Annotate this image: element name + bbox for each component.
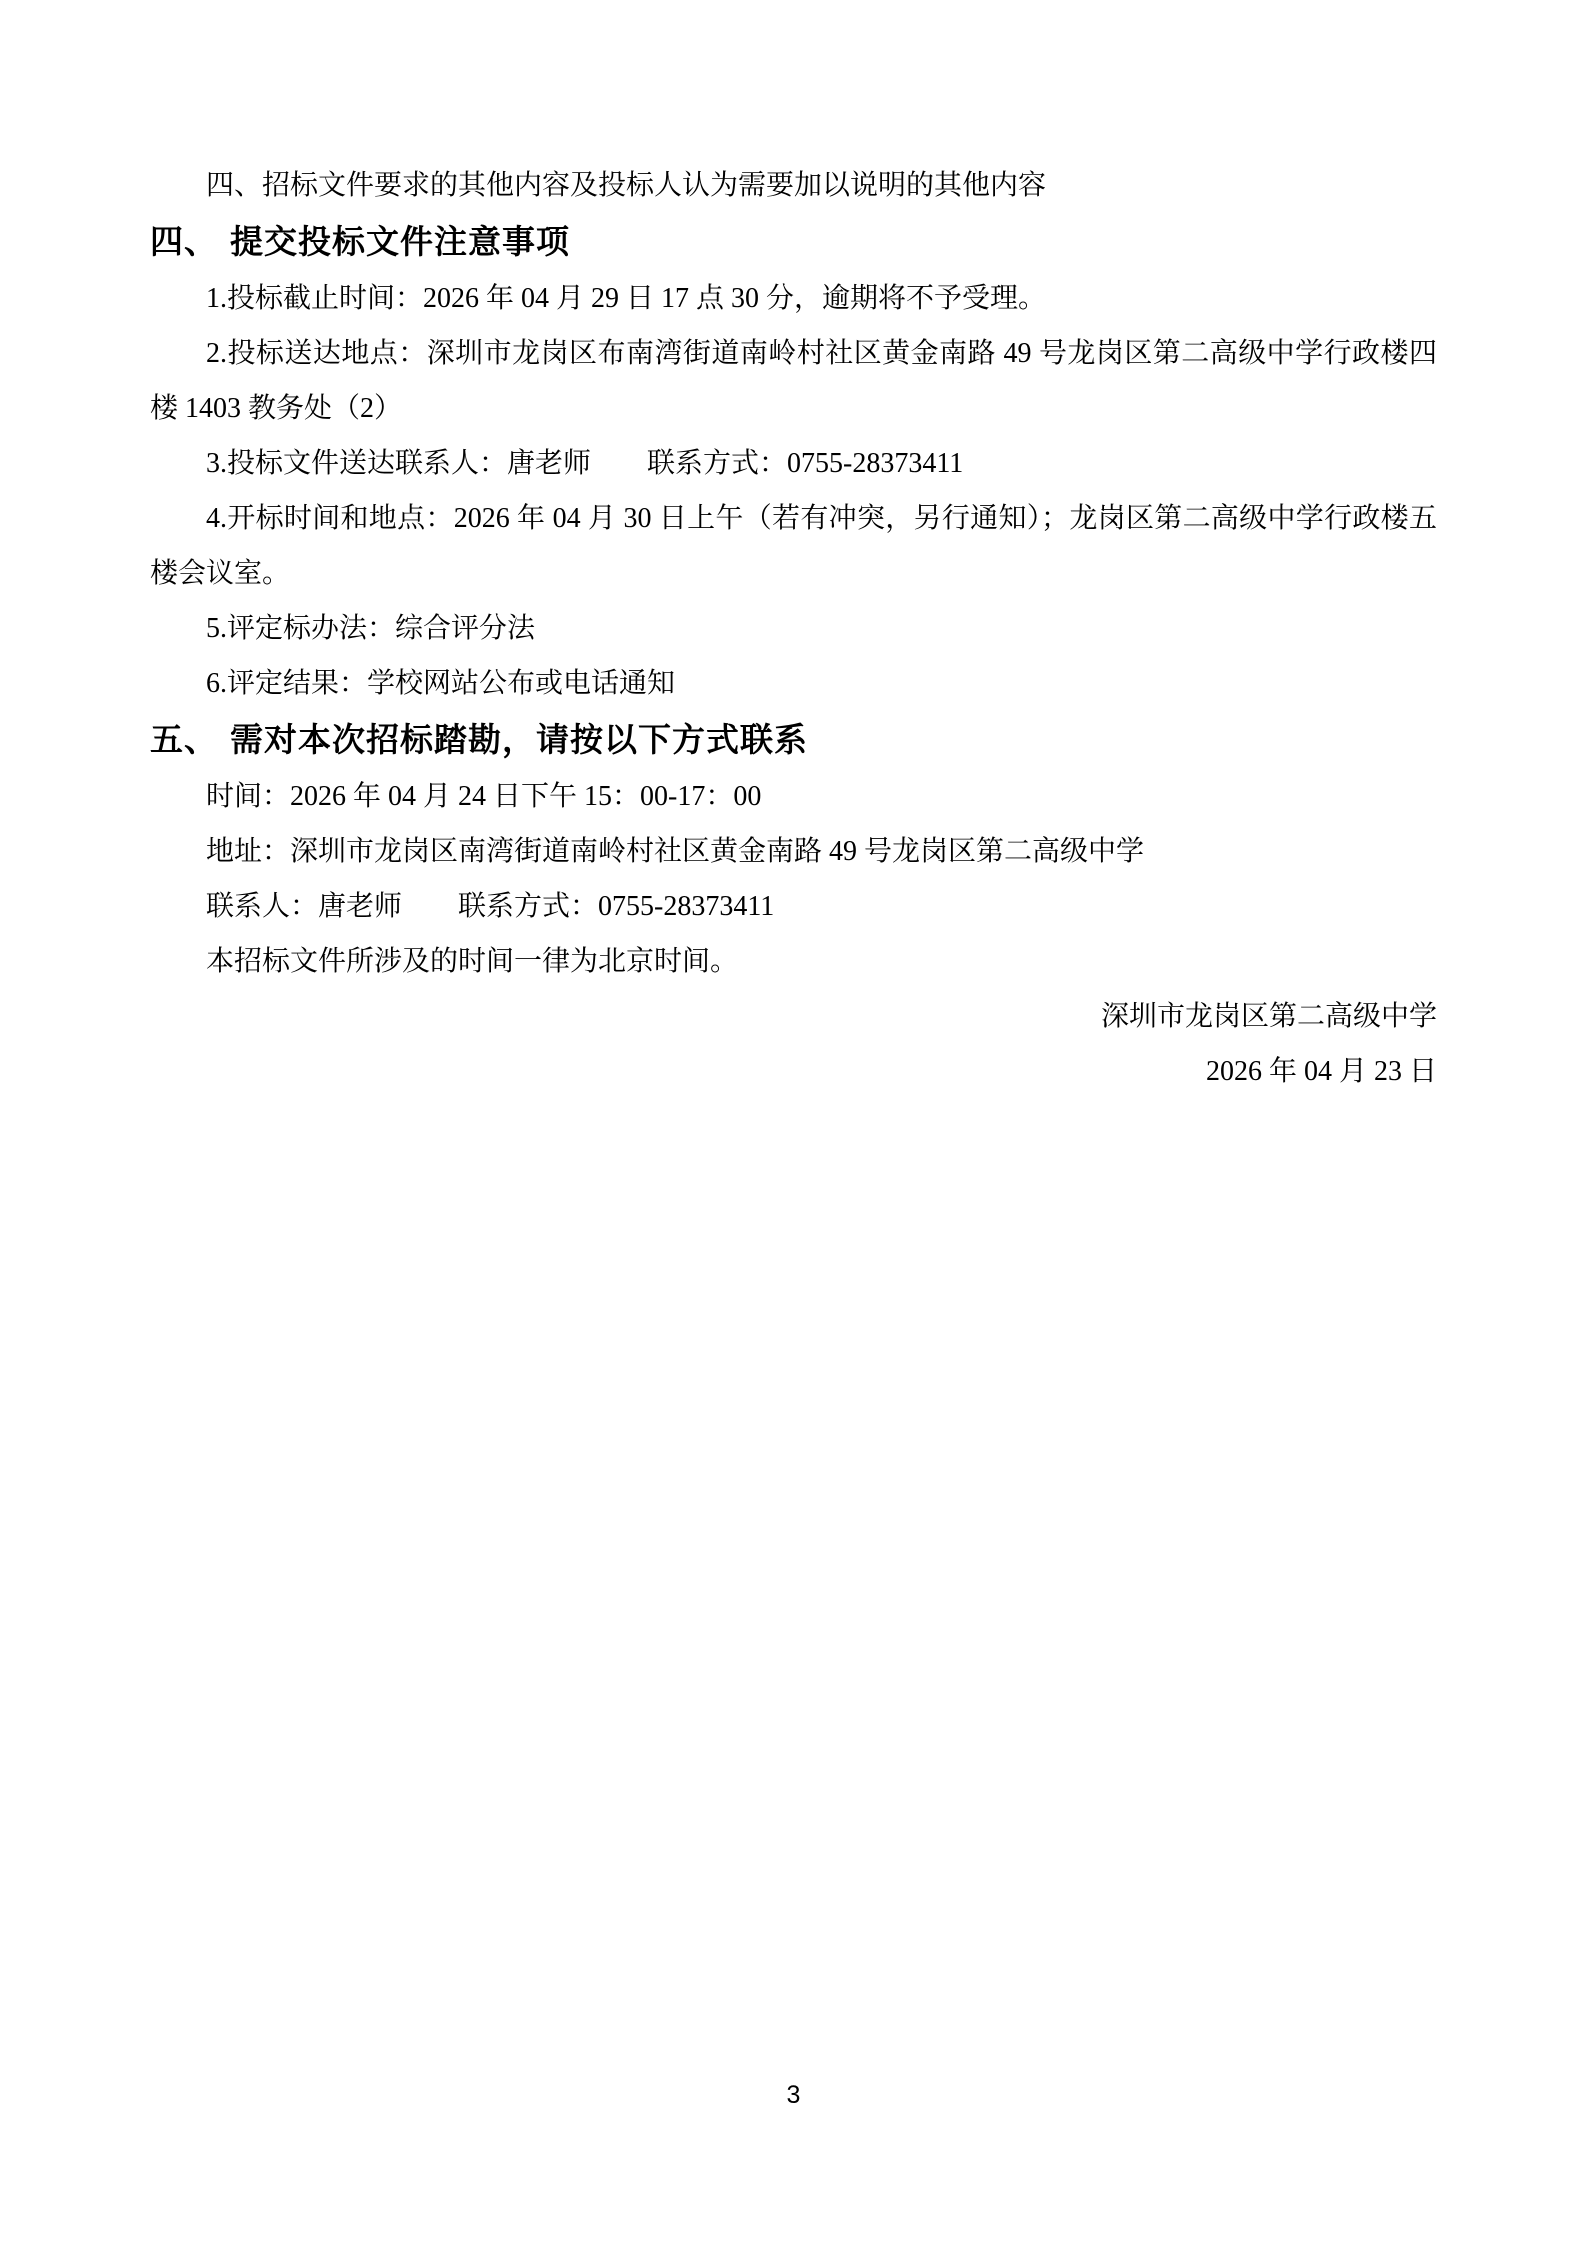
tender-item-deadline: 1.投标截止时间：2026 年 04 月 29 日 17 点 30 分，逾期将不… — [150, 271, 1437, 326]
tender-item-opening-time: 4.开标时间和地点：2026 年 04 月 30 日上午（若有冲突，另行通知）；… — [150, 491, 1437, 601]
section4-heading: 四、提交投标文件注意事项 — [150, 213, 1437, 271]
signature-date: 2026 年 04 月 23 日 — [150, 1044, 1437, 1099]
page-number: 3 — [0, 2080, 1587, 2110]
section5-heading-label: 需对本次招标踏勘，请按以下方式联系 — [230, 721, 808, 758]
tender-item-evaluation-result: 6.评定结果：学校网站公布或电话通知 — [150, 656, 1437, 711]
signature-org: 深圳市龙岗区第二高级中学 — [150, 989, 1437, 1044]
tender-item-delivery-address: 2.投标送达地点：深圳市龙岗区布南湾街道南岭村社区黄金南路 49 号龙岗区第二高… — [150, 326, 1437, 436]
timezone-note: 本招标文件所涉及的时间一律为北京时间。 — [150, 934, 1437, 989]
intro-paragraph: 四、招标文件要求的其他内容及投标人认为需要加以说明的其他内容 — [150, 158, 1437, 213]
document-page: 四、招标文件要求的其他内容及投标人认为需要加以说明的其他内容 四、提交投标文件注… — [0, 0, 1587, 2245]
section5-heading: 五、需对本次招标踏勘，请按以下方式联系 — [150, 711, 1437, 769]
site-visit-contact-line: 联系人：唐老师 联系方式：0755-28373411 — [150, 879, 1437, 934]
section4-heading-number: 四、 — [150, 223, 218, 260]
site-visit-address-line: 地址：深圳市龙岗区南湾街道南岭村社区黄金南路 49 号龙岗区第二高级中学 — [150, 824, 1437, 879]
site-visit-time-line: 时间：2026 年 04 月 24 日下午 15：00-17：00 — [150, 769, 1437, 824]
section5-heading-number: 五、 — [150, 721, 218, 758]
tender-item-evaluation-method: 5.评定标办法：综合评分法 — [150, 601, 1437, 656]
section4-heading-label: 提交投标文件注意事项 — [230, 223, 570, 260]
page-content: 四、招标文件要求的其他内容及投标人认为需要加以说明的其他内容 四、提交投标文件注… — [150, 158, 1437, 1099]
tender-item-delivery-contact: 3.投标文件送达联系人：唐老师 联系方式：0755-28373411 — [150, 436, 1437, 491]
